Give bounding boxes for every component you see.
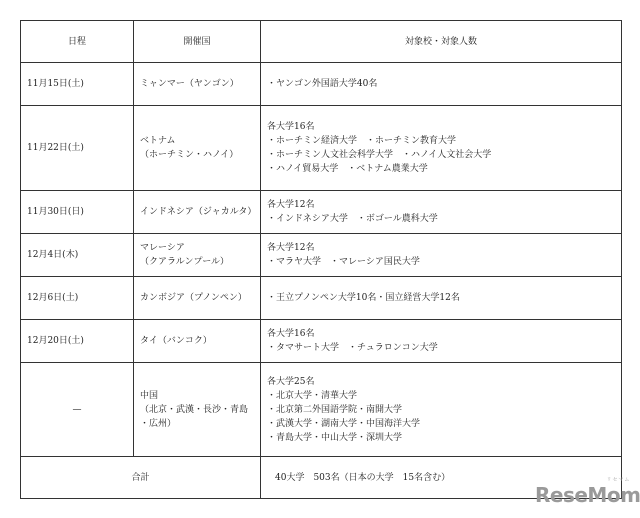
cell-country: タイ（バンコク） <box>134 320 261 363</box>
target-line: ・王立プノンペン大学10名・国立経営大学12名 <box>267 291 615 305</box>
cell-country: インドネシア（ジャカルタ） <box>134 191 261 234</box>
header-country: 開催国 <box>134 21 261 63</box>
header-targets: 対象校・対象人数 <box>261 21 622 63</box>
cell-targets: 各大学16名 ・ホーチミン経済大学 ・ホーチミン教育大学 ・ホーチミン人文社会科… <box>261 106 622 191</box>
table-row: 11月22日(土) ベトナム （ホーチミン・ハノイ） 各大学16名 ・ホーチミン… <box>21 106 622 191</box>
target-line: ・北京第二外国語学院・南開大学 <box>267 403 615 417</box>
country-line: ミャンマー（ヤンゴン） <box>140 77 254 91</box>
total-label: 合計 <box>21 457 261 499</box>
target-line: ・ホーチミン人文社会科学大学 ・ハノイ人文社会大学 <box>267 148 615 162</box>
country-line: マレーシア <box>140 241 254 255</box>
table-row: 12月6日(土) カンボジア（プノンペン） ・王立プノンペン大学10名・国立経営… <box>21 277 622 320</box>
table-row: 11月15日(土) ミャンマー（ヤンゴン） ・ヤンゴン外国語大学40名 <box>21 63 622 106</box>
target-line: 各大学16名 <box>267 327 615 341</box>
cell-date: — <box>21 363 134 457</box>
country-line: インドネシア（ジャカルタ） <box>140 205 254 219</box>
table-header-row: 日程 開催国 対象校・対象人数 <box>21 21 622 63</box>
table-row: — 中国 （北京・武漢・長沙・青島 ・広州） 各大学25名 ・北京大学・清華大学… <box>21 363 622 457</box>
cell-date: 11月15日(土) <box>21 63 134 106</box>
country-line: タイ（バンコク） <box>140 334 254 348</box>
cell-country: ミャンマー（ヤンゴン） <box>134 63 261 106</box>
cell-targets: 各大学12名 ・インドネシア大学 ・ボゴール農科大学 <box>261 191 622 234</box>
cell-targets: 各大学16名 ・タマサート大学 ・チュラロンコン大学 <box>261 320 622 363</box>
total-row: 合計 40大学 503名（日本の大学 15名含む） <box>21 457 622 499</box>
country-line: （北京・武漢・長沙・青島 <box>140 403 254 417</box>
target-line: 各大学12名 <box>267 198 615 212</box>
target-line: ・武漢大学・湖南大学・中国海洋大学 <box>267 417 615 431</box>
cell-date: 12月6日(土) <box>21 277 134 320</box>
cell-date: 12月20日(土) <box>21 320 134 363</box>
target-line: ・タマサート大学 ・チュラロンコン大学 <box>267 341 615 355</box>
header-date: 日程 <box>21 21 134 63</box>
target-line: ・インドネシア大学 ・ボゴール農科大学 <box>267 212 615 226</box>
table-row: 11月30日(日) インドネシア（ジャカルタ） 各大学12名 ・インドネシア大学… <box>21 191 622 234</box>
cell-date: 11月30日(日) <box>21 191 134 234</box>
target-line: 各大学12名 <box>267 241 615 255</box>
logo-text: ReseMom <box>535 483 640 507</box>
country-line: （ホーチミン・ハノイ） <box>140 148 254 162</box>
target-line: ・ハノイ貿易大学 ・ベトナム農業大学 <box>267 162 615 176</box>
resemom-logo: ReseMom リセマム <box>535 483 640 507</box>
cell-targets: 各大学12名 ・マラヤ大学 ・マレーシア国民大学 <box>261 234 622 277</box>
country-line: 中国 <box>140 389 254 403</box>
cell-targets: ・ヤンゴン外国語大学40名 <box>261 63 622 106</box>
target-line: 各大学25名 <box>267 375 615 389</box>
target-line: 各大学16名 <box>267 120 615 134</box>
cell-date: 11月22日(土) <box>21 106 134 191</box>
cell-country: マレーシア （クアラルンプール） <box>134 234 261 277</box>
target-line: ・ヤンゴン外国語大学40名 <box>267 77 615 91</box>
cell-country: 中国 （北京・武漢・長沙・青島 ・広州） <box>134 363 261 457</box>
country-line: ベトナム <box>140 134 254 148</box>
target-line: ・北京大学・清華大学 <box>267 389 615 403</box>
logo-kana: リセマム <box>606 476 630 483</box>
country-line: カンボジア（プノンペン） <box>140 291 254 305</box>
cell-country: ベトナム （ホーチミン・ハノイ） <box>134 106 261 191</box>
cell-targets: 各大学25名 ・北京大学・清華大学 ・北京第二外国語学院・南開大学 ・武漢大学・… <box>261 363 622 457</box>
table-row: 12月20日(土) タイ（バンコク） 各大学16名 ・タマサート大学 ・チュラロ… <box>21 320 622 363</box>
cell-targets: ・王立プノンペン大学10名・国立経営大学12名 <box>261 277 622 320</box>
target-line: ・マラヤ大学 ・マレーシア国民大学 <box>267 255 615 269</box>
cell-date: 12月4日(木) <box>21 234 134 277</box>
cell-country: カンボジア（プノンペン） <box>134 277 261 320</box>
country-line: ・広州） <box>140 417 254 431</box>
country-line: （クアラルンプール） <box>140 255 254 269</box>
schedule-table: 日程 開催国 対象校・対象人数 11月15日(土) ミャンマー（ヤンゴン） ・ヤ… <box>20 20 622 499</box>
target-line: ・青島大学・中山大学・深圳大学 <box>267 431 615 445</box>
target-line: ・ホーチミン経済大学 ・ホーチミン教育大学 <box>267 134 615 148</box>
table-row: 12月4日(木) マレーシア （クアラルンプール） 各大学12名 ・マラヤ大学 … <box>21 234 622 277</box>
